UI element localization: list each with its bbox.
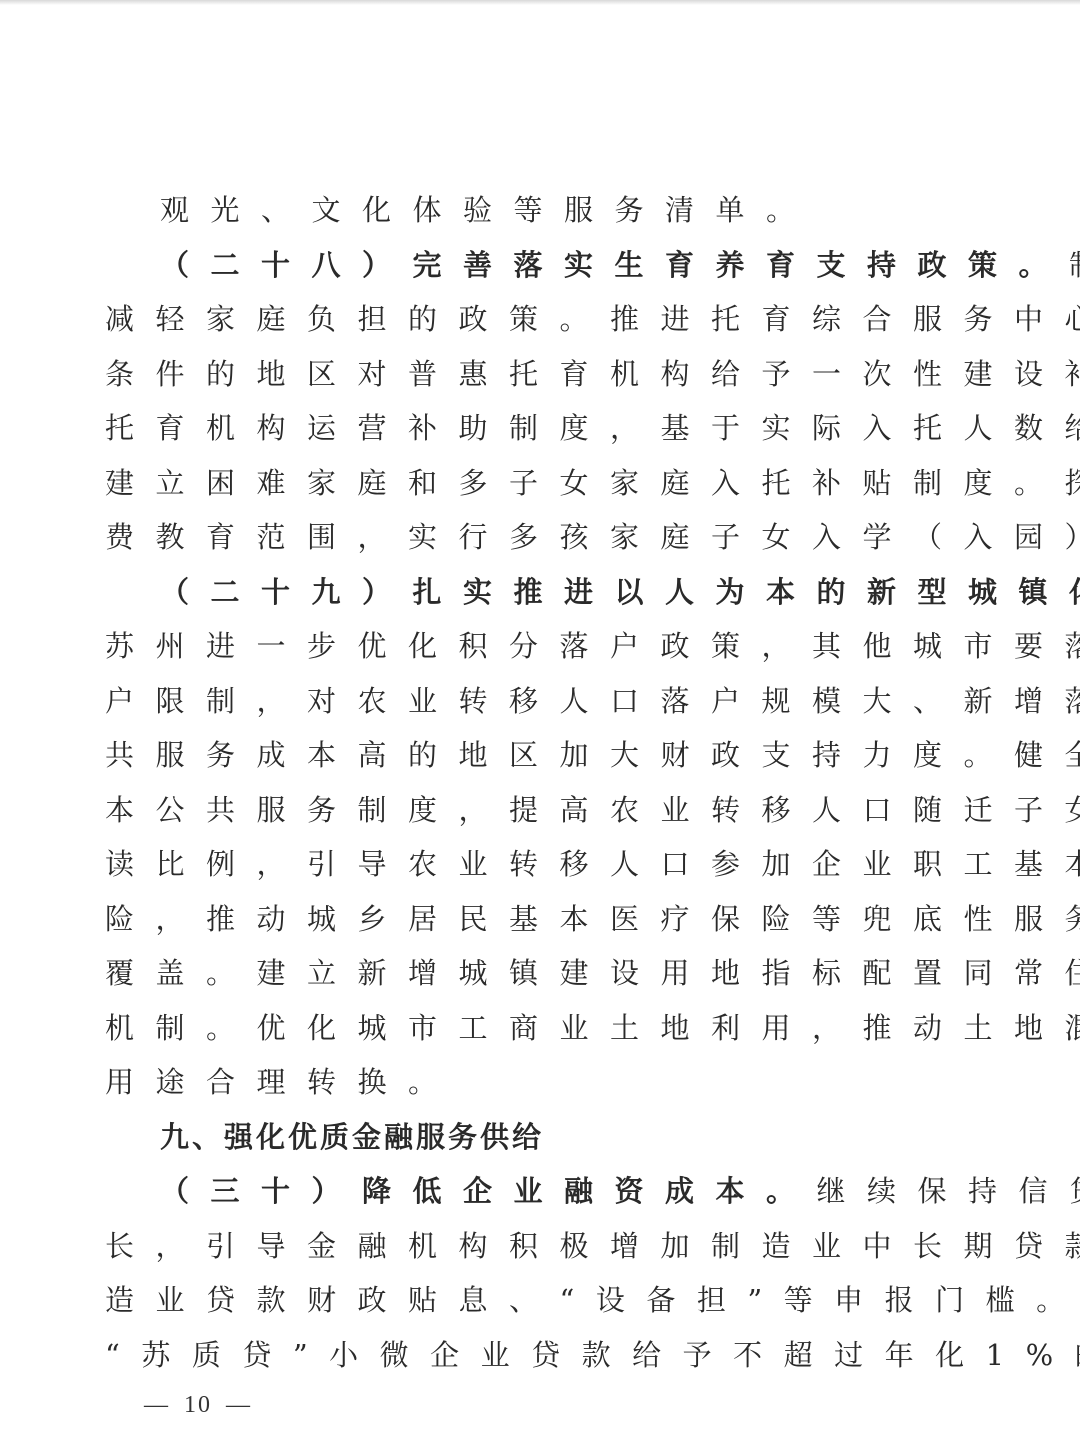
paragraph-line: 建立困难家庭和多子女家庭入托补贴制度。探索逐步扩大免 bbox=[105, 456, 935, 511]
section-30-title: （三十）降低企业融资成本。 bbox=[160, 1174, 817, 1208]
line-text: 苏州进一步优化积分落户政策，其他城市要落实全面放开落 bbox=[105, 629, 1080, 663]
paragraph-line: 长，引导金融机构积极增加制造业中长期贷款投放。降低制 bbox=[105, 1219, 935, 1274]
line-text: 机制。优化城市工商业土地利用，推动土地混合开发利用、 bbox=[105, 1011, 1080, 1045]
section-28-line: （二十八）完善落实生育养育支持政策。制定鼓励生育 bbox=[105, 238, 935, 293]
line-text: 本公共服务制度，提高农业转移人口随迁子女在公办学校就 bbox=[105, 793, 1080, 827]
chapter-9-heading: 九、强化优质金融服务供给 bbox=[160, 1120, 544, 1154]
paragraph-line: 本公共服务制度，提高农业转移人口随迁子女在公办学校就 bbox=[105, 783, 935, 838]
document-page: 观光、文化体验等服务清单。 （二十八）完善落实生育养育支持政策。制定鼓励生育 减… bbox=[105, 183, 935, 1382]
page-number-value: 10 bbox=[184, 1392, 212, 1419]
line-text: 共服务成本高的地区加大财政支持力度。健全常住地提供基 bbox=[105, 738, 1080, 772]
chapter-9-heading-line: 九、强化优质金融服务供给 bbox=[105, 1110, 935, 1165]
line-text: 条件的地区对普惠托育机构给予一次性建设补贴。建立普惠 bbox=[105, 357, 1080, 391]
line-text: 托育机构运营补助制度，基于实际入托人数给予财政补贴。 bbox=[105, 411, 1080, 445]
paragraph-line: 造业贷款财政贴息、“设备担”等申报门槛。对符合条件的 bbox=[105, 1273, 935, 1328]
line-text: 费教育范围，实行多孩家庭子女入学（入园）“长幼随学”。 bbox=[105, 520, 1080, 554]
paragraph-line: 费教育范围，实行多孩家庭子女入学（入园）“长幼随学”。 bbox=[105, 510, 935, 565]
section-30-line: （三十）降低企业融资成本。继续保持信贷总量合理增 bbox=[105, 1164, 935, 1219]
line-text: 减轻家庭负担的政策。推进托育综合服务中心建设，支持有 bbox=[105, 302, 1080, 336]
paragraph-line: 观光、文化体验等服务清单。 bbox=[105, 183, 935, 238]
page-number: —10— bbox=[130, 1392, 266, 1419]
line-text: 造业贷款财政贴息、“设备担”等申报门槛。对符合条件的 bbox=[105, 1283, 1080, 1317]
paragraph-line: 共服务成本高的地区加大财政支持力度。健全常住地提供基 bbox=[105, 728, 935, 783]
section-28-title: （二十八）完善落实生育养育支持政策。 bbox=[160, 248, 1069, 282]
paragraph-line: 机制。优化城市工商业土地利用，推动土地混合开发利用、 bbox=[105, 1001, 935, 1056]
line-text: 用途合理转换。 bbox=[105, 1065, 459, 1099]
paragraph-line: 减轻家庭负担的政策。推进托育综合服务中心建设，支持有 bbox=[105, 292, 935, 347]
paragraph-line: 读比例，引导农业转移人口参加企业职工基本养老和医疗保 bbox=[105, 837, 935, 892]
line-text: 制定鼓励生育 bbox=[1069, 248, 1080, 282]
line-text: 继续保持信贷总量合理增 bbox=[817, 1174, 1080, 1208]
paragraph-line: 户限制，对农业转移人口落户规模大、新增落户多、基本公 bbox=[105, 674, 935, 729]
line-text: 长，引导金融机构积极增加制造业中长期贷款投放。降低制 bbox=[105, 1229, 1080, 1263]
page-number-dash-right: — bbox=[226, 1392, 252, 1419]
line-text: 建立困难家庭和多子女家庭入托补贴制度。探索逐步扩大免 bbox=[105, 466, 1080, 500]
section-29-title: （二十九）扎实推进以人为本的新型城镇化。 bbox=[160, 575, 1080, 609]
scan-top-edge bbox=[0, 0, 1080, 5]
line-text: 户限制，对农业转移人口落户规模大、新增落户多、基本公 bbox=[105, 684, 1080, 718]
paragraph-line: 条件的地区对普惠托育机构给予一次性建设补贴。建立普惠 bbox=[105, 347, 935, 402]
paragraph-line: 险，推动城乡居民基本医疗保险等兜底性服务向常住人口全 bbox=[105, 892, 935, 947]
paragraph-line: 苏州进一步优化积分落户政策，其他城市要落实全面放开落 bbox=[105, 619, 935, 674]
paragraph-line: 覆盖。建立新增城镇建设用地指标配置同常住人口增加协调 bbox=[105, 946, 935, 1001]
line-text: 覆盖。建立新增城镇建设用地指标配置同常住人口增加协调 bbox=[105, 956, 1080, 990]
paragraph-line: “苏质贷”小微企业贷款给予不超过年化1%的贴息支持。 bbox=[105, 1328, 935, 1383]
line-text: “苏质贷”小微企业贷款给予不超过年化1%的贴息支持。 bbox=[105, 1338, 1080, 1372]
line-text: 观光、文化体验等服务清单。 bbox=[160, 193, 817, 227]
line-text: 险，推动城乡居民基本医疗保险等兜底性服务向常住人口全 bbox=[105, 902, 1080, 936]
paragraph-line: 托育机构运营补助制度，基于实际入托人数给予财政补贴。 bbox=[105, 401, 935, 456]
paragraph-line: 用途合理转换。 bbox=[105, 1055, 935, 1110]
section-29-line: （二十九）扎实推进以人为本的新型城镇化。推动南京、 bbox=[105, 565, 935, 620]
page-number-dash-left: — bbox=[144, 1392, 170, 1419]
line-text: 读比例，引导农业转移人口参加企业职工基本养老和医疗保 bbox=[105, 847, 1080, 881]
